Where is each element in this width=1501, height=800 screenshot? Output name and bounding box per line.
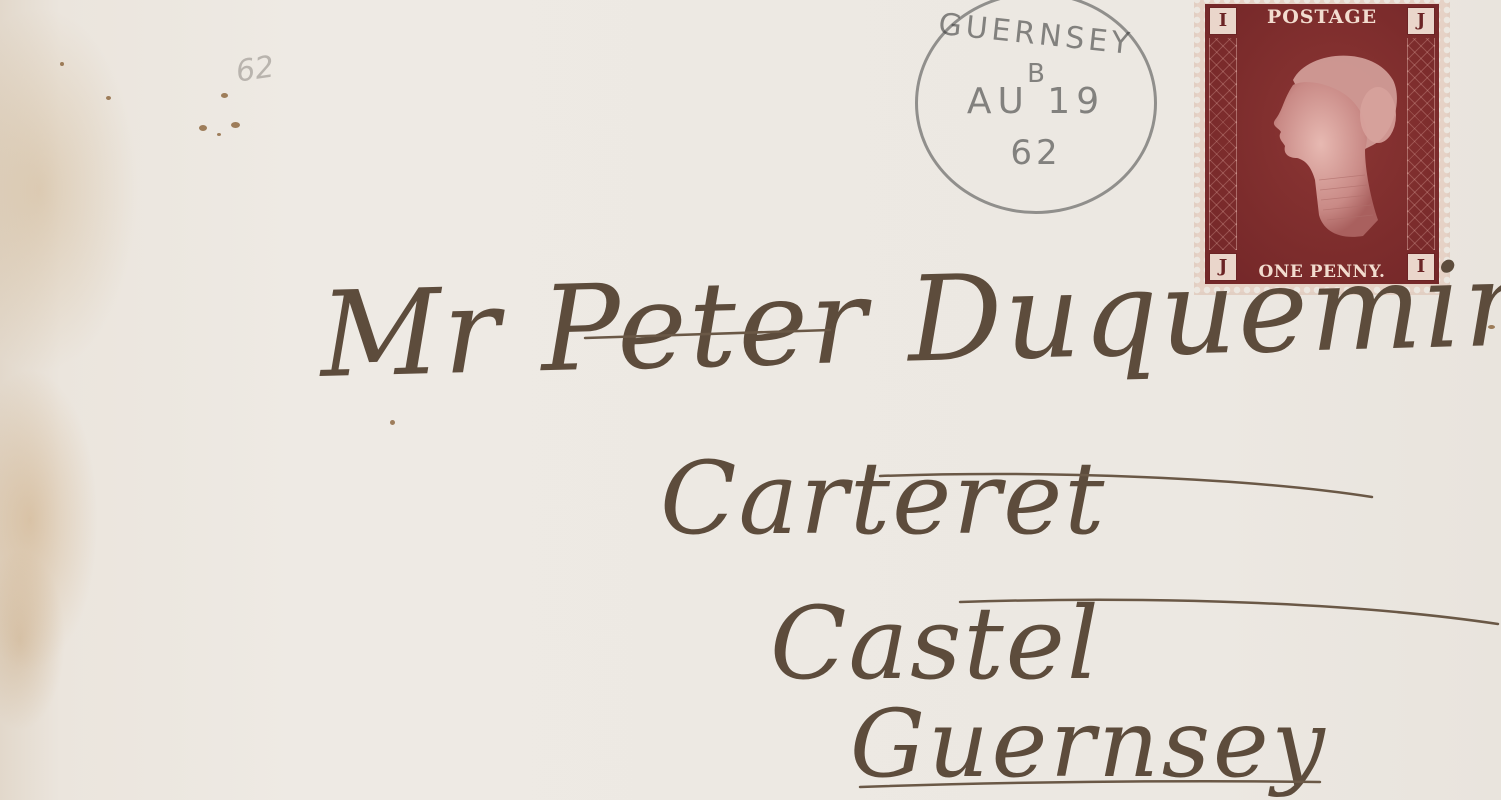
stamp-side-ornament: [1407, 38, 1435, 250]
stamp-corner-letter: I: [1209, 7, 1237, 35]
foxing-spot: [390, 420, 395, 425]
postmark-town: GUERNSEY: [917, 5, 1155, 64]
postmark-date: AU 19: [918, 81, 1154, 122]
address-island: Guernsey: [850, 690, 1328, 799]
foxing-spot: [199, 125, 207, 131]
stamp-corner-letter: J: [1407, 7, 1435, 35]
stamp-top-text: POSTAGE: [1243, 6, 1401, 28]
stamp-corner-letter: I: [1407, 253, 1435, 281]
stamp-corner-letter: J: [1209, 253, 1237, 281]
postmark: GUERNSEY B AU 19 62: [915, 0, 1157, 214]
penny-red-stamp: POSTAGE ONE PENNY. I J J I: [1197, 0, 1447, 292]
address-house: Carteret: [660, 440, 1106, 557]
queen-portrait-icon: [1253, 40, 1403, 250]
envelope: 62 GUERNSEY B AU 19 62 POSTAGE ONE PENNY…: [0, 0, 1501, 800]
stamp-body: POSTAGE ONE PENNY. I J J I: [1205, 4, 1439, 284]
foxing-spot: [217, 133, 221, 136]
foxing-spot: [231, 122, 240, 128]
foxing-spot: [60, 62, 64, 66]
foxing-spot: [221, 93, 228, 98]
stamp-side-ornament: [1209, 38, 1237, 250]
pencil-note: 62: [234, 50, 277, 90]
stamp-bottom-text: ONE PENNY.: [1239, 262, 1405, 282]
foxing-spot: [106, 96, 111, 100]
postmark-year: 62: [918, 133, 1154, 173]
address-parish: Castel: [770, 585, 1101, 702]
